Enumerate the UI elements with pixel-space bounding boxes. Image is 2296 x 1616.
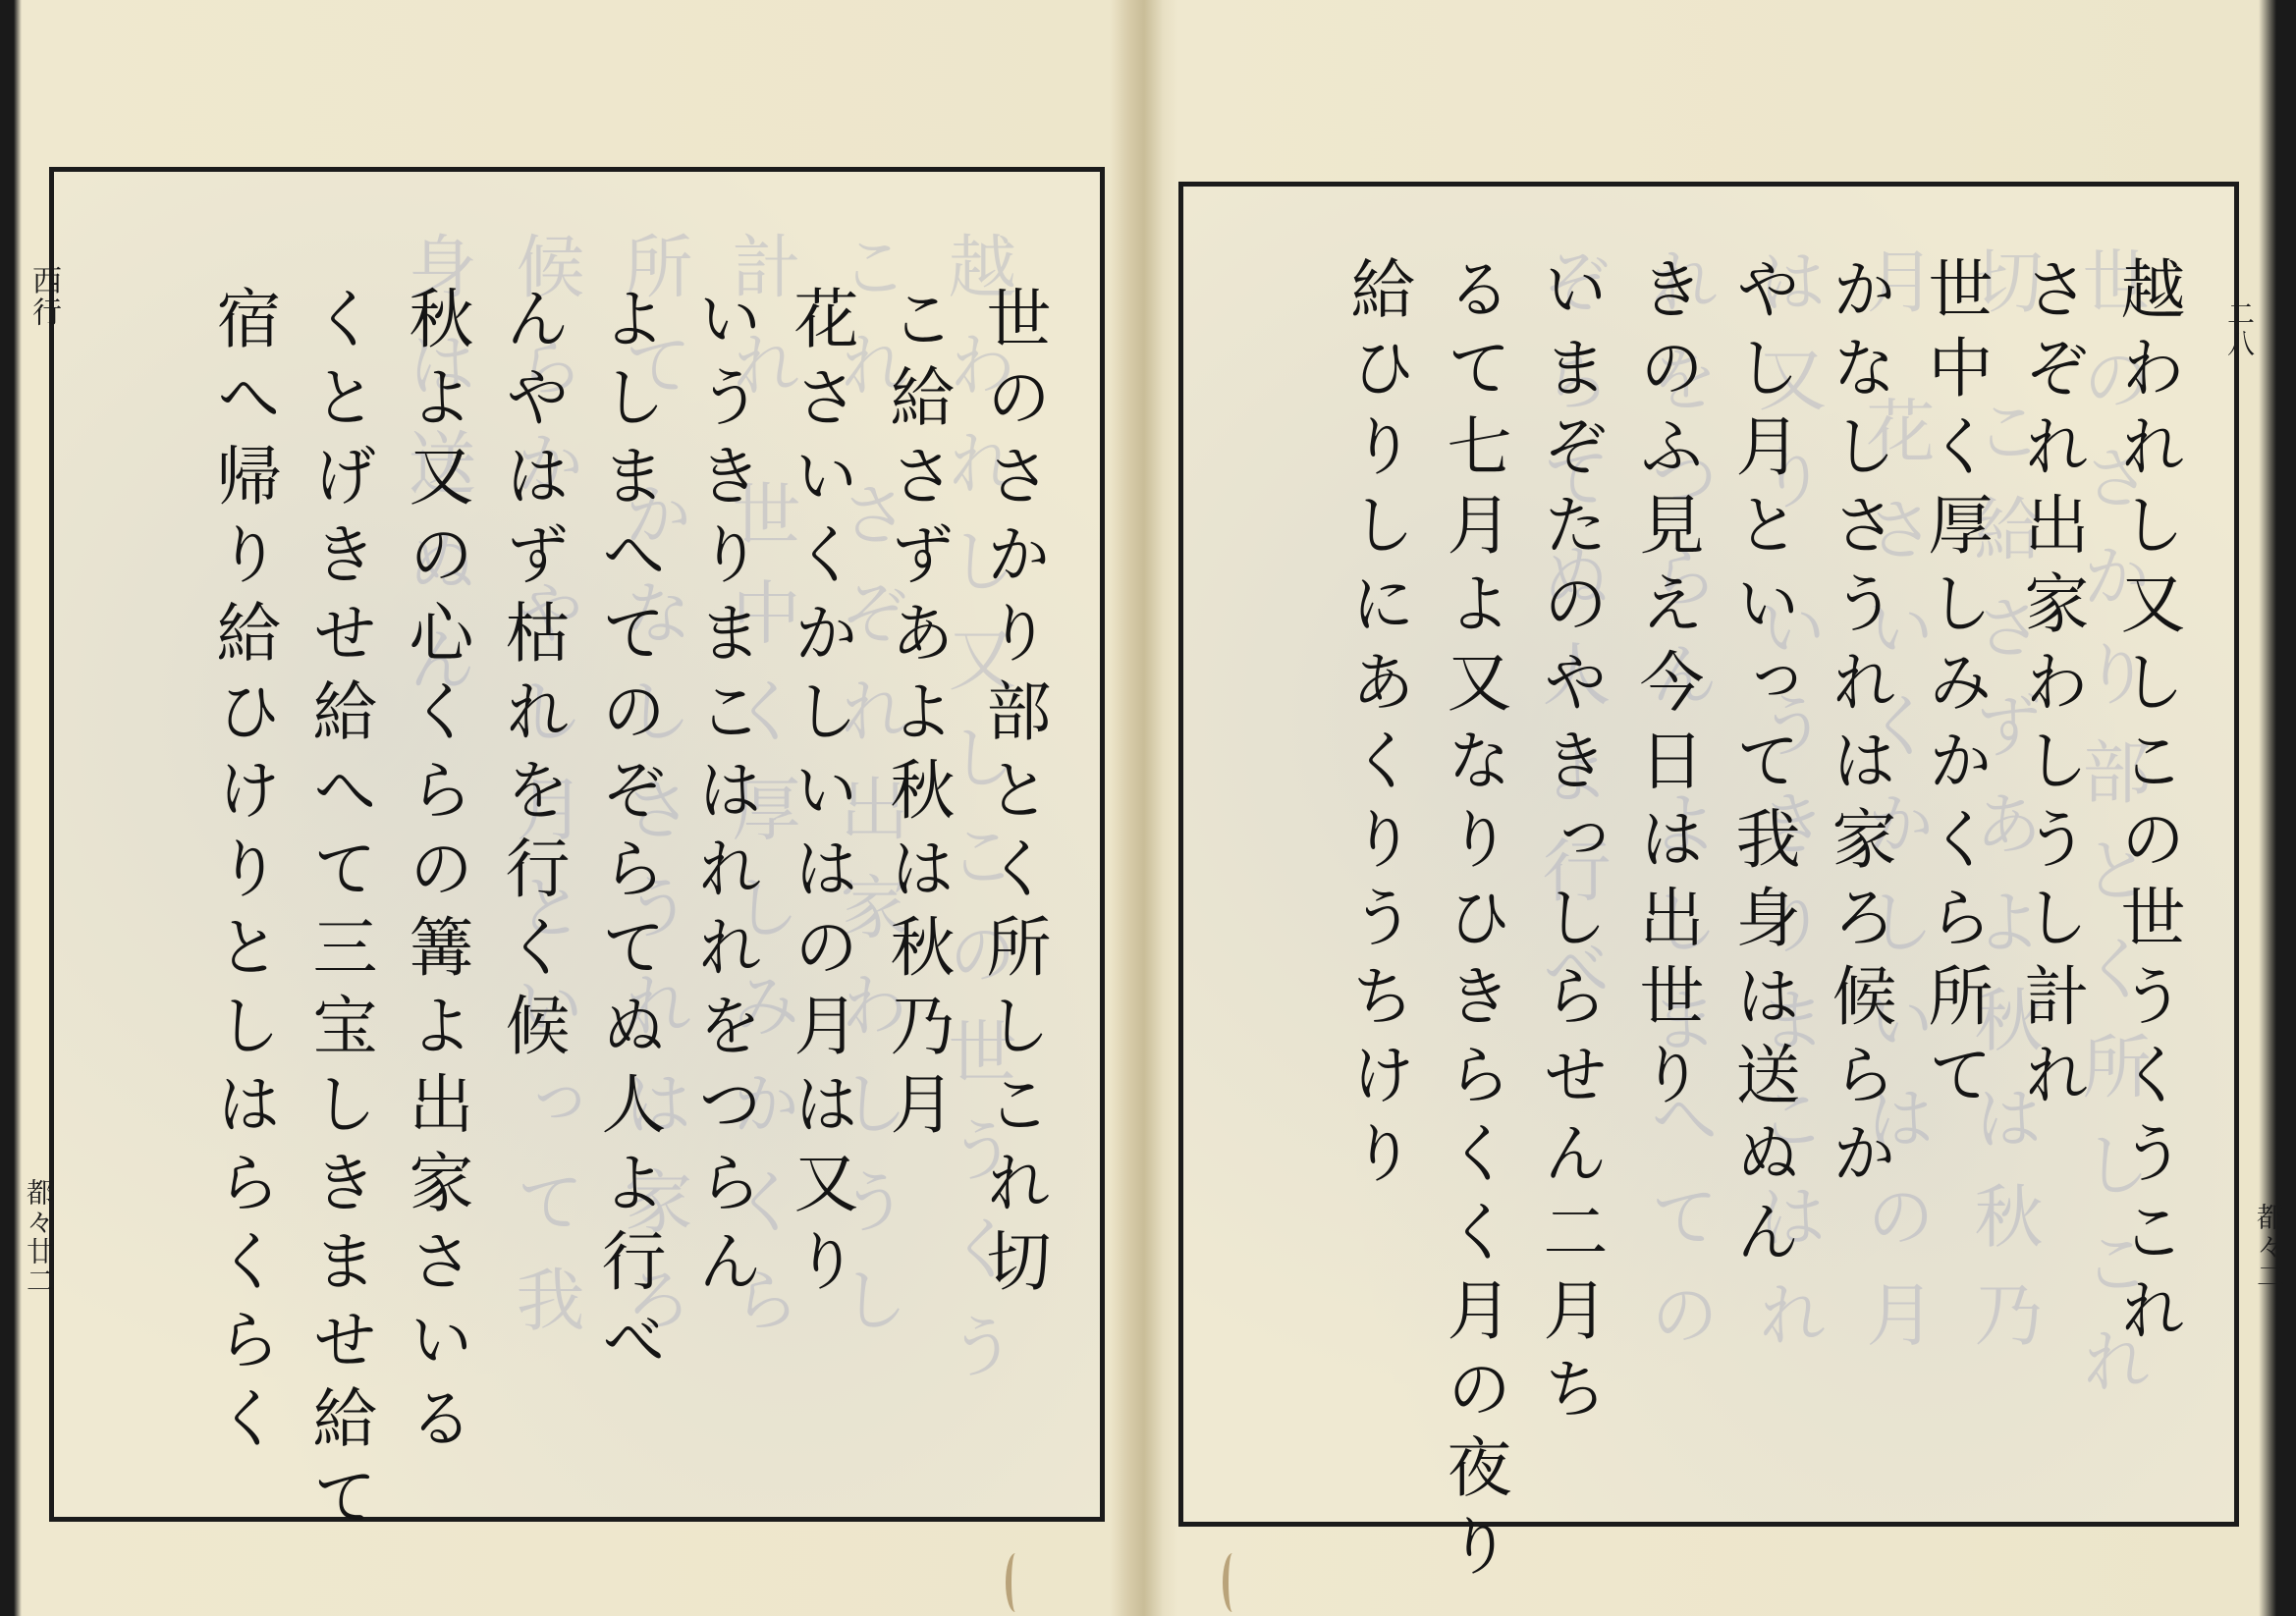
margin-title: 西行 [2283, 245, 2296, 308]
folio-number: 二八 [2219, 299, 2259, 358]
binding-thread [1006, 1553, 1025, 1612]
left-page-body: 世のさかり部とく所しこれ切 こ給さずあよ秋は秋乃月 花さいくかしいはの月は又り … [54, 172, 1100, 1517]
text-column: 世のさかり部とく所しこれ切 [964, 285, 1061, 1487]
text-column: 世中く厚しみかくら所て [1906, 255, 2002, 1492]
text-column: くとげきせ給へて三宝しきませ給て [291, 285, 387, 1487]
text-column: 宿へ帰り給ひけりとしはらくらく [194, 285, 291, 1487]
right-page-text-frame: 世のさかり部とく所しこれ切 こ給さずあよ秋は秋乃月 花さいくかしいはの月は又り … [1178, 182, 2239, 1527]
right-page-body: 越われし又しこの世うくうこれ さぞれ出家わしうし計れ 世中く厚しみかくら所て か… [1183, 187, 2234, 1522]
text-column: 花さいくかしいはの月は又り [772, 285, 868, 1487]
left-page: 越われし又しこの世うくうこれ さぞれ出家わしうし計れ 世中く厚しみかくら所て か… [14, 0, 1143, 1616]
text-column: 給ひりしにあくりうちけり [1329, 255, 1425, 1492]
margin-footer: 都々二 [2249, 1203, 2288, 1291]
text-column: こ給さずあよ秋は秋乃月 [868, 285, 964, 1487]
book-spread: 世のさかり部とく所しこれ切 こ給さずあよ秋は秋乃月 花さいくかしいはの月は又り … [0, 0, 2296, 1616]
text-column: んやはず枯れを行く候 [483, 285, 579, 1487]
text-column: 越われし又しこの世うくうこれ [2099, 255, 2195, 1492]
margin-footer: 都々廿二 [19, 1178, 58, 1296]
binding-thread [1223, 1553, 1242, 1612]
margin-title: 西行 [22, 265, 65, 328]
text-column: きのふ見え今日は出世り [1617, 255, 1714, 1492]
text-column: やし月といって我身は送ぬん [1714, 255, 1810, 1492]
text-column: いうきりまこはれれをつらん [676, 285, 772, 1487]
text-column: かなしさうれは家ろ候らか [1810, 255, 1906, 1492]
text-column: いまぞたのやきっしらせん二月ち [1521, 255, 1617, 1492]
text-column: 秋よ又の心くらの篝よ出家さいる [387, 285, 483, 1487]
text-column: よしまへてのぞらてぬ人よ行べ [579, 285, 676, 1487]
text-column: さぞれ出家わしうし計れ [2002, 255, 2099, 1492]
right-page: 世のさかり部とく所しこれ切 こ給さずあよ秋は秋乃月 花さいくかしいはの月は又り … [1144, 0, 2273, 1616]
text-column: るて七月よ又なりひきらくく月の夜り [1425, 255, 1521, 1492]
left-page-text-frame: 越われし又しこの世うくうこれ さぞれ出家わしうし計れ 世中く厚しみかくら所て か… [49, 167, 1105, 1522]
